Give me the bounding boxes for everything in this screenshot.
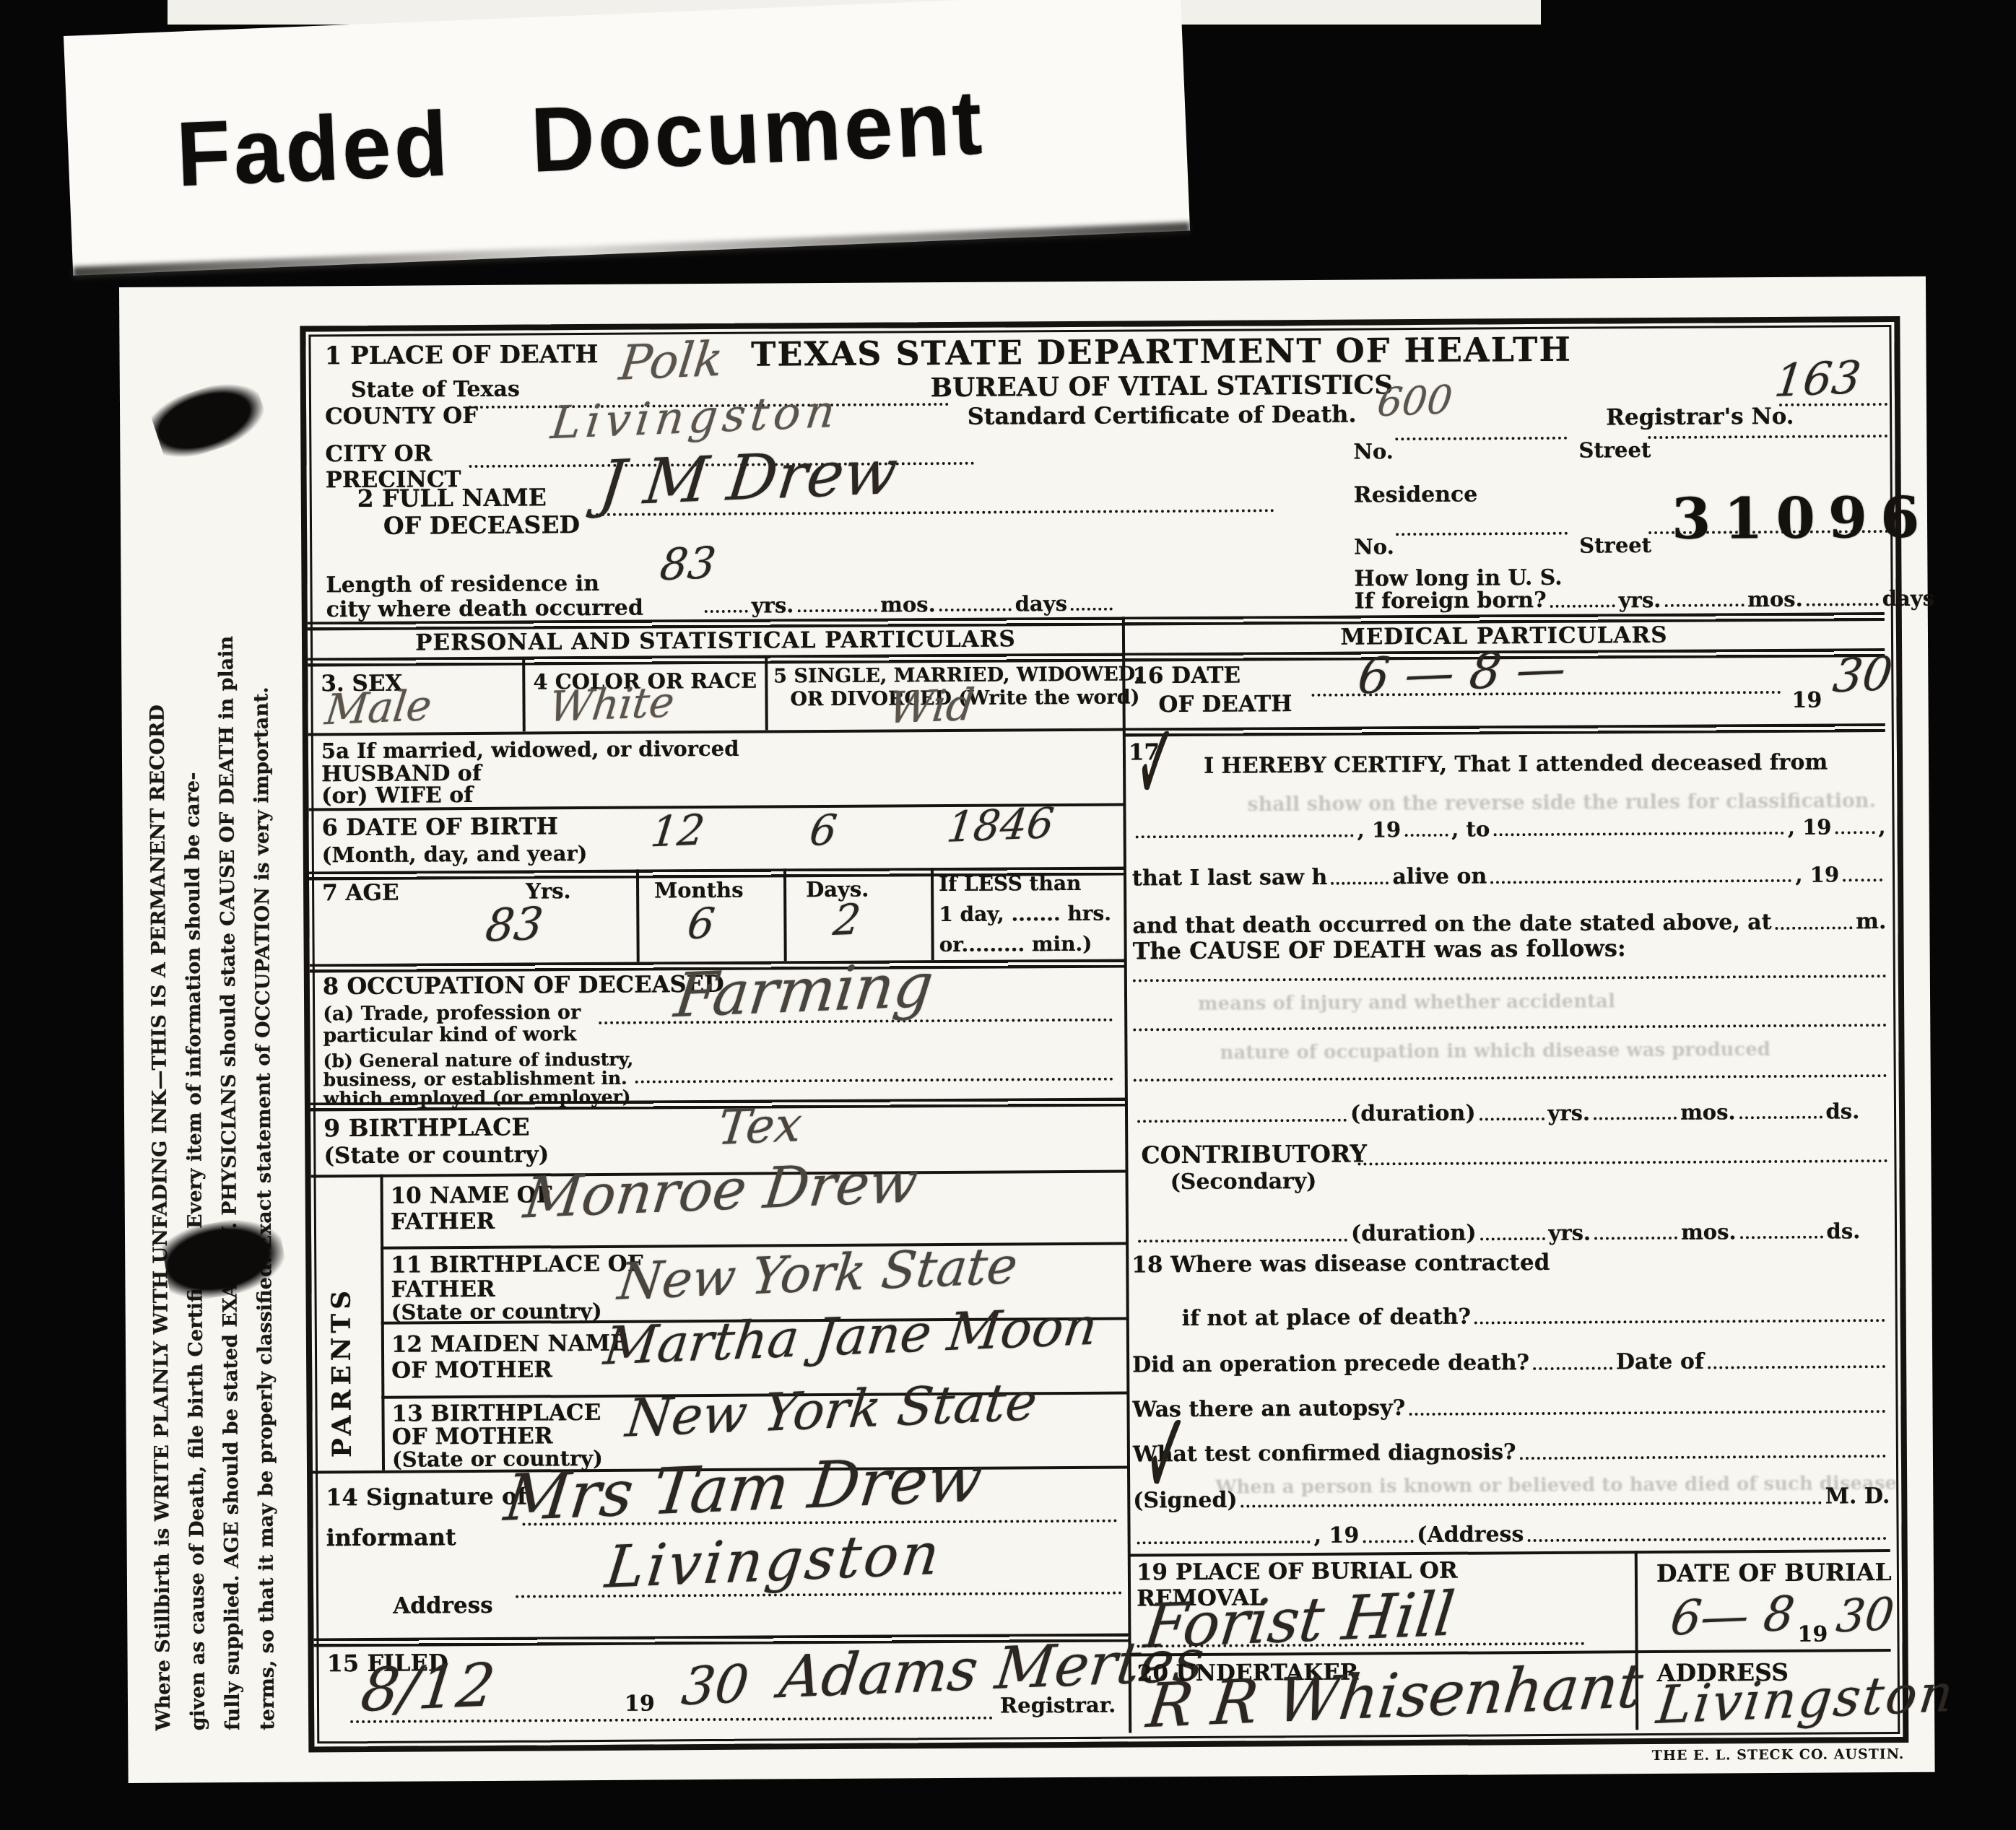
county-value: Polk bbox=[617, 331, 726, 391]
dotted-rule bbox=[1648, 435, 1887, 439]
dotted-rule bbox=[1664, 592, 1744, 607]
duration-ds-label: ds. bbox=[1826, 1219, 1860, 1243]
burial-year-prefix: 19 bbox=[1797, 1622, 1828, 1647]
age-less-label-1: If LESS than bbox=[939, 871, 1081, 896]
dotted-rule bbox=[1527, 1525, 1886, 1542]
standard-certificate-title: Standard Certificate of Death. bbox=[714, 398, 1609, 432]
age-less-label-2: 1 day, ....... hrs. bbox=[939, 902, 1111, 926]
certificate-sheet: Where Stillbirth is WRITE PLAINLY WITH U… bbox=[119, 276, 1935, 1783]
rule-line bbox=[1129, 1549, 1890, 1556]
father-name-value: Monroe Drew bbox=[521, 1150, 921, 1232]
dotted-rule bbox=[1357, 1159, 1887, 1165]
bleed-through-text: means of injury and whether accidental bbox=[1198, 990, 1615, 1015]
dotted-rule bbox=[1594, 1225, 1677, 1240]
county-label: COUNTY OF bbox=[325, 403, 478, 430]
operation-line: Did an operation precede death? Date of bbox=[1132, 1338, 1889, 1377]
disease-contracted-label: 18 Where was disease contracted bbox=[1131, 1250, 1550, 1278]
faded-document-label: Faded Document bbox=[175, 69, 987, 206]
certify-19-a: , 19 bbox=[1357, 817, 1402, 842]
mother-birthplace-value: New York State bbox=[623, 1371, 1040, 1449]
dotted-rule bbox=[797, 598, 877, 613]
signed-address-line: , 19 (Address bbox=[1133, 1510, 1890, 1549]
dotted-rule bbox=[1480, 1226, 1544, 1241]
mos-label: mos. bbox=[1747, 587, 1803, 611]
father-birthplace-label-1: 11 BIRTHPLACE OF bbox=[391, 1251, 643, 1278]
informant-city-value: Livingston bbox=[602, 1520, 946, 1601]
duration-label: (duration) bbox=[1350, 1101, 1476, 1127]
residence-label: Residence bbox=[1354, 482, 1478, 508]
dotted-rule bbox=[1137, 1529, 1311, 1544]
dotted-rule bbox=[1843, 867, 1882, 881]
not-at-place-label: if not at place of death? bbox=[1182, 1304, 1472, 1331]
mos-label: mos. bbox=[880, 592, 936, 616]
file-code-value: 600 bbox=[1375, 377, 1454, 426]
yrs-label: yrs. bbox=[1619, 588, 1661, 612]
dotted-rule bbox=[1396, 532, 1568, 536]
place-of-death-label: 1 PLACE OF DEATH bbox=[324, 340, 598, 370]
printer-credit: THE E. L. STECK CO. AUSTIN. bbox=[1644, 1746, 1904, 1764]
dotted-rule bbox=[1739, 1224, 1822, 1239]
death-date-label-1: 16 DATE bbox=[1132, 663, 1241, 689]
cell-divider bbox=[783, 868, 787, 961]
personal-section-title: PERSONAL AND STATISTICAL PARTICULARS bbox=[308, 626, 1124, 657]
registrar-no-value: 163 bbox=[1772, 351, 1864, 407]
dotted-rule bbox=[939, 596, 1012, 611]
marital-value: Wid bbox=[886, 679, 977, 733]
dotted-rule bbox=[1133, 975, 1887, 982]
duration-line-primary: (duration) yrs. mos. ds. bbox=[1134, 1089, 1887, 1128]
card-shadow-edge bbox=[73, 222, 1190, 279]
autopsy-line: Was there an autopsy? bbox=[1132, 1383, 1889, 1422]
certify-line-2: , 19 , to , 19 , bbox=[1131, 804, 1885, 843]
cell-divider bbox=[765, 658, 768, 731]
cause-of-death-label: The CAUSE OF DEATH was as follows: bbox=[1133, 934, 1626, 964]
state-label: State of Texas bbox=[351, 377, 520, 403]
dotted-rule bbox=[1137, 1107, 1347, 1123]
dotted-rule bbox=[1071, 596, 1113, 611]
no-label: No. bbox=[1353, 439, 1394, 463]
rule-line bbox=[1124, 723, 1885, 736]
cell-divider bbox=[636, 870, 640, 962]
father-name-label-2: FATHER bbox=[391, 1208, 495, 1235]
certify-line-1: I HEREBY CERTIFY, That I attended deceas… bbox=[1204, 750, 1828, 779]
informant-address-label: Address bbox=[393, 1592, 493, 1619]
death-year-prefix: 19 bbox=[1791, 688, 1822, 713]
full-name-label-1: 2 FULL NAME bbox=[357, 483, 547, 513]
duration-yrs-label: yrs. bbox=[1548, 1221, 1591, 1245]
dotted-rule bbox=[1493, 820, 1784, 836]
dotted-rule bbox=[1807, 591, 1879, 606]
burial-place-value: Forist Hill bbox=[1141, 1578, 1459, 1662]
burial-date-value: 6— 8 bbox=[1668, 1585, 1798, 1646]
mother-name-label-2: OF MOTHER bbox=[391, 1356, 552, 1383]
occupation-a-label-2: particular kind of work bbox=[323, 1023, 576, 1047]
full-name-label-2: OF DECEASED bbox=[383, 510, 580, 540]
age-days-value: 2 bbox=[831, 894, 864, 945]
marital-detail-label-3: (or) WIFE of bbox=[321, 783, 473, 809]
age-label: 7 AGE bbox=[322, 880, 399, 907]
burial-date-label: DATE OF BURIAL bbox=[1656, 1558, 1892, 1587]
informant-label-1: 14 Signature of bbox=[326, 1483, 527, 1512]
death-date-value: 6 — 8 — bbox=[1355, 640, 1569, 705]
days-label: days bbox=[1882, 586, 1934, 611]
dotted-rule bbox=[1739, 1104, 1822, 1120]
certificate-number-stamp: 31096 bbox=[1672, 485, 1933, 552]
death-date-label-2: OF DEATH bbox=[1158, 691, 1292, 718]
street-label: Street bbox=[1578, 437, 1651, 463]
dotted-rule bbox=[1395, 437, 1567, 440]
margin-instructions: Where Stillbirth is WRITE PLAINLY WITH U… bbox=[139, 355, 295, 1731]
alive-on-label: alive on bbox=[1392, 863, 1487, 889]
race-value: White bbox=[547, 677, 677, 731]
duration-yrs-label: yrs. bbox=[1547, 1101, 1590, 1125]
dotted-rule bbox=[1490, 868, 1791, 884]
dotted-rule bbox=[1331, 870, 1389, 884]
filed-year-value: 30 bbox=[679, 1653, 752, 1717]
residence-length-label-2: city where death occurred bbox=[326, 596, 643, 623]
dotted-rule bbox=[1594, 1105, 1677, 1120]
signed-label: (Signed) bbox=[1133, 1488, 1238, 1514]
dotted-rule bbox=[1550, 593, 1615, 608]
signed-addr-label: (Address bbox=[1417, 1522, 1524, 1548]
test-label: What test confirmed diagnosis? bbox=[1133, 1439, 1516, 1467]
filed-year-prefix: 19 bbox=[625, 1691, 655, 1717]
occupation-label: 8 OCCUPATION OF DECEASED bbox=[323, 970, 724, 1000]
column-divider bbox=[1122, 617, 1131, 1733]
dotted-rule bbox=[1134, 1074, 1887, 1081]
cell-divider bbox=[522, 660, 526, 732]
dept-title: TEXAS STATE DEPARTMENT OF HEALTH bbox=[713, 329, 1609, 374]
marital-detail-label-1: 5a If married, widowed, or divorced bbox=[321, 736, 739, 764]
cell-divider bbox=[931, 868, 934, 960]
contributory-label: CONTRIBUTORY bbox=[1141, 1139, 1367, 1169]
duration-mos-label: mos. bbox=[1680, 1099, 1736, 1124]
dotted-rule bbox=[1835, 819, 1874, 834]
age-less-label-3: or......... min.) bbox=[939, 932, 1092, 957]
birth-date-label-1: 6 DATE OF BIRTH bbox=[321, 812, 558, 841]
occupation-value: Farming bbox=[671, 949, 937, 1031]
yrs-label: yrs. bbox=[752, 593, 794, 617]
dotted-rule bbox=[1138, 1227, 1347, 1243]
duration-ds-label: ds. bbox=[1825, 1099, 1859, 1123]
parents-side-label: PARENTS bbox=[326, 1286, 357, 1458]
secondary-label: (Secondary) bbox=[1170, 1169, 1316, 1195]
death-year-value: 30 bbox=[1830, 648, 1895, 704]
residence-length-units: yrs. mos. days bbox=[701, 581, 1116, 619]
operation-label: Did an operation precede death? bbox=[1132, 1350, 1529, 1377]
residence-length-label-1: Length of residence in bbox=[326, 571, 599, 598]
dotted-rule bbox=[1474, 1307, 1885, 1324]
street-label: Street bbox=[1579, 533, 1651, 558]
certify-line-3: that I last saw h alive on , 19 bbox=[1132, 852, 1886, 891]
birthplace-label-2: (State or country) bbox=[323, 1141, 549, 1169]
dotted-rule bbox=[1136, 823, 1354, 839]
dotted-rule bbox=[1241, 1490, 1822, 1508]
us-length-units: If foreign born? yrs. mos. days bbox=[1355, 576, 1890, 614]
birth-day-value: 6 bbox=[807, 805, 840, 855]
certify-line-4: and that death occurred on the date stat… bbox=[1132, 899, 1886, 938]
dotted-rule bbox=[705, 598, 748, 613]
sex-value: Male bbox=[323, 681, 435, 734]
dotted-rule bbox=[1363, 1528, 1413, 1543]
birthplace-label-1: 9 BIRTHPLACE bbox=[323, 1113, 530, 1143]
days-label: days bbox=[1015, 591, 1067, 616]
undertaker-address-value: Livingston bbox=[1654, 1663, 1958, 1735]
certify-19-b: , 19 bbox=[1788, 815, 1832, 840]
signed-line: (Signed) M. D. bbox=[1133, 1474, 1890, 1513]
age-yrs-value: 83 bbox=[483, 897, 546, 952]
saw-19-label: , 19 bbox=[1795, 862, 1839, 886]
registrar-label: Registrar. bbox=[1000, 1693, 1116, 1718]
operation-date-label: Date of bbox=[1616, 1349, 1704, 1375]
meridiem-label: m. bbox=[1856, 909, 1886, 934]
last-saw-label: that I last saw h bbox=[1132, 865, 1328, 892]
rule-line bbox=[308, 728, 1124, 736]
faded-document-card: Faded Document bbox=[64, 0, 1190, 276]
certificate-form: 1 PLACE OF DEATH State of Texas COUNTY O… bbox=[300, 316, 1908, 1753]
dotted-rule bbox=[1520, 1443, 1886, 1460]
dotted-rule bbox=[1533, 1355, 1612, 1370]
occupation-a-label-1: (a) Trade, profession or bbox=[323, 1001, 581, 1025]
dotted-rule bbox=[1404, 822, 1448, 837]
informant-label-2: informant bbox=[326, 1523, 456, 1551]
signed-19-label: , 19 bbox=[1313, 1523, 1359, 1548]
birth-year-value: 1846 bbox=[944, 798, 1056, 852]
full-name-value: J M Drew bbox=[596, 436, 901, 520]
not-at-place-line: if not at place of death? bbox=[1182, 1292, 1889, 1331]
filed-date-value: 8/12 bbox=[357, 1651, 498, 1725]
dotted-rule bbox=[1775, 915, 1852, 930]
certify-comma: , bbox=[1878, 814, 1885, 839]
md-label: M. D. bbox=[1825, 1483, 1890, 1509]
dotted-rule bbox=[1133, 1024, 1887, 1031]
death-occurred-label: and that death occurred on the date stat… bbox=[1132, 910, 1771, 938]
test-line: What test confirmed diagnosis? bbox=[1133, 1428, 1890, 1467]
burial-year-value: 30 bbox=[1834, 1587, 1897, 1643]
age-months-value: 6 bbox=[685, 898, 718, 949]
city-label-1: CITY OR bbox=[325, 440, 432, 467]
birthplace-value: Tex bbox=[715, 1097, 804, 1156]
header-titles: TEXAS STATE DEPARTMENT OF HEALTH BUREAU … bbox=[713, 329, 1609, 432]
no-label: No. bbox=[1354, 534, 1394, 559]
margin-line-4: terms, so that it may be properly classi… bbox=[243, 355, 286, 1730]
certify-to: , to bbox=[1451, 816, 1490, 841]
dotted-rule bbox=[635, 1078, 1113, 1084]
dotted-rule bbox=[1409, 1398, 1885, 1416]
mother-name-label-1: 12 MAIDEN NAME bbox=[391, 1330, 627, 1358]
us-length-label-2: If foreign born? bbox=[1355, 588, 1547, 614]
birth-date-label-2: (Month, day, and year) bbox=[322, 841, 588, 867]
registrar-no-label: Registrar's No. bbox=[1606, 404, 1794, 431]
duration-label: (duration) bbox=[1351, 1221, 1477, 1247]
bleed-through-text: nature of occupation in which disease wa… bbox=[1220, 1039, 1770, 1064]
duration-line-secondary: (duration) yrs. mos. ds. bbox=[1134, 1208, 1888, 1247]
scanned-document-page: Faded Document Where Stillbirth is WRITE… bbox=[0, 0, 2016, 1830]
dotted-rule bbox=[1708, 1354, 1886, 1369]
dotted-rule bbox=[1479, 1106, 1544, 1121]
birth-month-value: 12 bbox=[648, 805, 708, 856]
duration-mos-label: mos. bbox=[1681, 1219, 1737, 1244]
